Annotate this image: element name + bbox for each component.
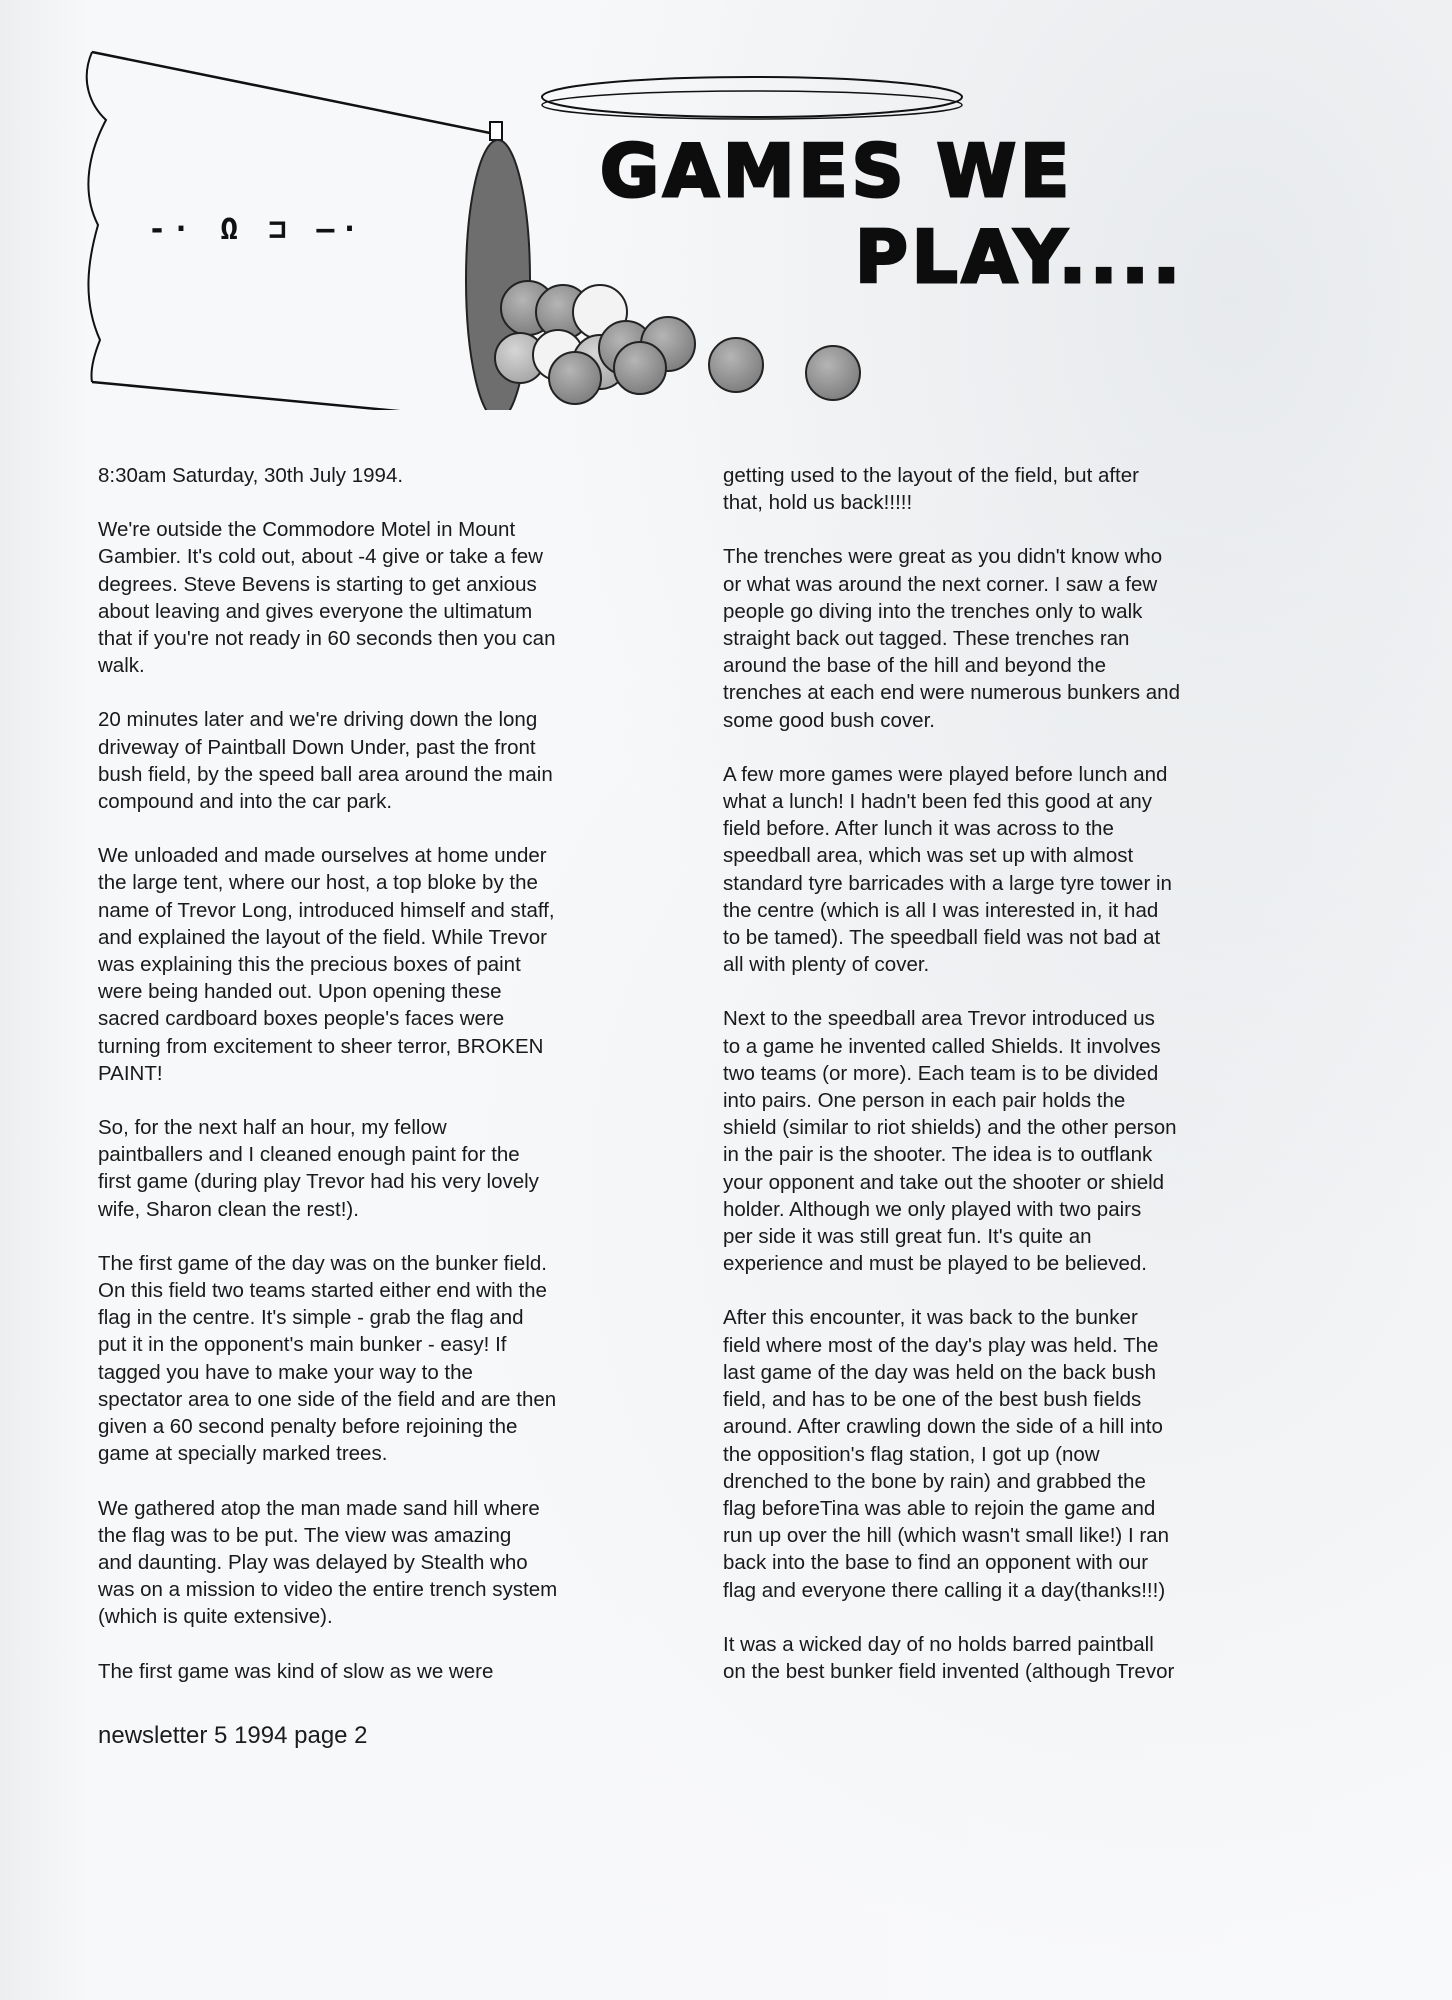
paragraph: So, for the next half an hour, my fellow… (98, 1114, 658, 1223)
newsletter-page: -· Ω ⊐ —· GAMES WE PLAY.... 8:30am Satur… (0, 0, 1452, 2000)
title-line-2: PLAY.... (600, 214, 1240, 300)
article-right-column: getting used to the layout of the field,… (723, 462, 1283, 1712)
paragraph: 8:30am Saturday, 30th July 1994. (98, 462, 658, 489)
paragraph: It was a wicked day of no holds barred p… (723, 1631, 1283, 1685)
paragraph: getting used to the layout of the field,… (723, 462, 1283, 516)
page-footer: newsletter 5 1994 page 2 (98, 1722, 368, 1750)
paragraph: 20 minutes later and we're driving down … (98, 706, 658, 815)
paragraph: The first game was kind of slow as we we… (98, 1658, 658, 1685)
article-left-column: 8:30am Saturday, 30th July 1994. We're o… (98, 462, 658, 1712)
page-title: GAMES WE PLAY.... (600, 128, 1240, 300)
paragraph: The trenches were great as you didn't kn… (723, 543, 1283, 733)
paragraph: We gathered atop the man made sand hill … (98, 1495, 658, 1631)
paragraph: After this encounter, it was back to the… (723, 1304, 1283, 1603)
paragraph: A few more games were played before lunc… (723, 761, 1283, 979)
paragraph: We unloaded and made ourselves at home u… (98, 842, 658, 1087)
paragraph: We're outside the Commodore Motel in Mou… (98, 516, 658, 679)
paragraph: The first game of the day was on the bun… (98, 1250, 658, 1468)
banner-glyphs: -· Ω ⊐ —· (148, 212, 365, 247)
title-line-1: GAMES WE (600, 128, 1240, 214)
paragraph: Next to the speedball area Trevor introd… (723, 1005, 1283, 1277)
